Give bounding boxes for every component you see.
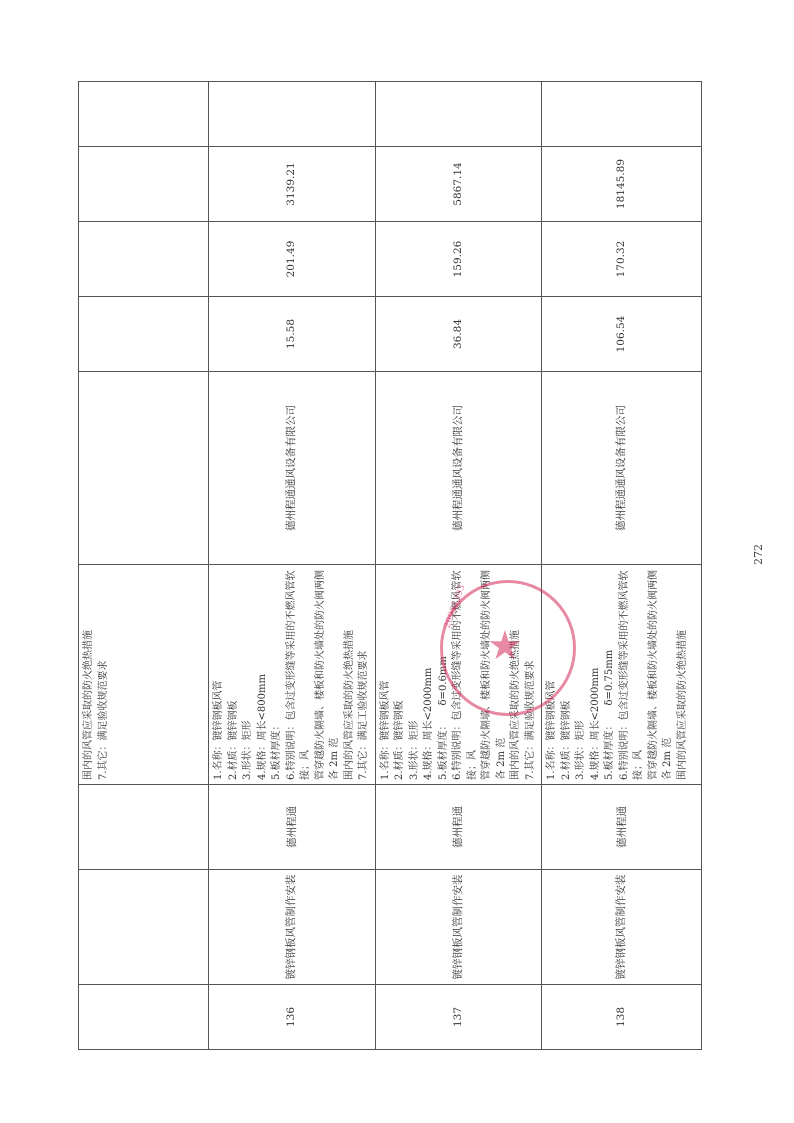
cell-qty: 106.54 (542, 297, 702, 372)
cell-company (79, 372, 209, 565)
desc-line: 5.板材厚度： (270, 569, 285, 780)
page-number: 272 (752, 544, 765, 565)
cell-unit-price: 159.26 (375, 222, 542, 297)
desc-line: 各 2m 范 (661, 569, 676, 780)
star-icon: ★ (487, 623, 523, 669)
cell-remark (375, 82, 542, 147)
desc-line: 接；风 (632, 569, 647, 780)
cell-no (79, 985, 209, 1050)
desc-line: 3.形状：矩形 (241, 569, 256, 780)
cell-brand: 德州程通 (209, 785, 376, 870)
table-row: 136 镀锌钢板风管制作安装 德州程通 1.名称：镀锌钢板风管2.材质：镀锌钢板… (209, 82, 376, 1050)
desc-line: 管穿越防火隔墙、楼板和防火墙处的防火阀两侧 (647, 569, 662, 780)
desc-line: 7.其它：满足工验收规范要求 (357, 569, 372, 780)
cell-remark (79, 82, 209, 147)
cell-unit-price (79, 222, 209, 297)
cell-unit-price: 170.32 (542, 222, 702, 297)
desc-line: 6.特别说明：包含过变形缝等采用的不燃风管软 (285, 569, 300, 780)
desc-line: 5.板材厚度： δ=0.75mm (603, 569, 618, 780)
cell-company: 德州程通通风设备有限公司 (375, 372, 542, 565)
desc-line: 3.形状：矩形 (408, 569, 423, 780)
cell-total (79, 147, 209, 222)
desc-line: 接；风 (299, 569, 314, 780)
table-row: 138 镀锌钢板风管制作安装 德州程通 1.名称：镀锌钢板风管2.材质：镀锌钢板… (542, 82, 702, 1050)
desc-line: 围内的风管应采取的防火绝热措施 (82, 569, 97, 780)
desc-line: 围内的风管应采取的防火绝热措施 (676, 569, 691, 780)
cell-desc: 围内的风管应采取的防火绝热措施 7.其它：满足验收规范要求 (79, 565, 209, 785)
cell-qty: 15.58 (209, 297, 376, 372)
cell-qty: 36.84 (375, 297, 542, 372)
cell-company: 德州程通通风设备有限公司 (542, 372, 702, 565)
cell-company: 德州程通通风设备有限公司 (209, 372, 376, 565)
desc-line: 1.名称：镀锌钢板风管 (379, 569, 394, 780)
desc-line: 7.其它：满足验收规范要求 (97, 569, 112, 780)
cell-total: 18145.89 (542, 147, 702, 222)
desc-line: 2.材质：镀锌钢板 (393, 569, 408, 780)
desc-line: 3.形状：矩形 (574, 569, 589, 780)
cell-total: 5867.14 (375, 147, 542, 222)
quote-table: 围内的风管应采取的防火绝热措施 7.其它：满足验收规范要求 136 镀锌钢板风管… (78, 81, 702, 1050)
desc-line: 2.材质：镀锌钢板 (227, 569, 242, 780)
cell-unit-price: 201.49 (209, 222, 376, 297)
desc-line: 管穿越防火隔墙、楼板和防火墙处的防火阀两侧 (314, 569, 329, 780)
cell-brand: 德州程通 (375, 785, 542, 870)
desc-line: 围内的风管应采取的防火绝热措施 (343, 569, 358, 780)
cell-brand: 德州程通 (542, 785, 702, 870)
cell-brand (79, 785, 209, 870)
table-row-continuation: 围内的风管应采取的防火绝热措施 7.其它：满足验收规范要求 (79, 82, 209, 1050)
cell-remark (542, 82, 702, 147)
cell-name: 镀锌钢板风管制作安装 (375, 870, 542, 985)
desc-line: 1.名称：镀锌钢板风管 (212, 569, 227, 780)
desc-line: 4.规格：周长<2000mm (589, 569, 604, 780)
desc-line: 6.特别说明：包含过变形缝等采用的不燃风管软 (618, 569, 633, 780)
cell-name: 镀锌钢板风管制作安装 (542, 870, 702, 985)
rotated-table-wrapper: 围内的风管应采取的防火绝热措施 7.其它：满足验收规范要求 136 镀锌钢板风管… (78, 82, 695, 1050)
desc-line: 各 2m 范 (328, 569, 343, 780)
cell-no: 137 (375, 985, 542, 1050)
company-seal-stamp: ★ 20981393 (440, 580, 576, 716)
cell-remark (209, 82, 376, 147)
cell-no: 138 (542, 985, 702, 1050)
desc-line: 4.规格：周长<800mm (256, 569, 271, 780)
cell-qty (79, 297, 209, 372)
cell-name (79, 870, 209, 985)
cell-name: 镀锌钢板风管制作安装 (209, 870, 376, 985)
table-row: 137 镀锌钢板风管制作安装 德州程通 1.名称：镀锌钢板风管2.材质：镀锌钢板… (375, 82, 542, 1050)
cell-no: 136 (209, 985, 376, 1050)
cell-desc: 1.名称：镀锌钢板风管2.材质：镀锌钢板3.形状：矩形4.规格：周长<800mm… (209, 565, 376, 785)
desc-line: 4.规格：周长<2000mm (422, 569, 437, 780)
cell-total: 3139.21 (209, 147, 376, 222)
